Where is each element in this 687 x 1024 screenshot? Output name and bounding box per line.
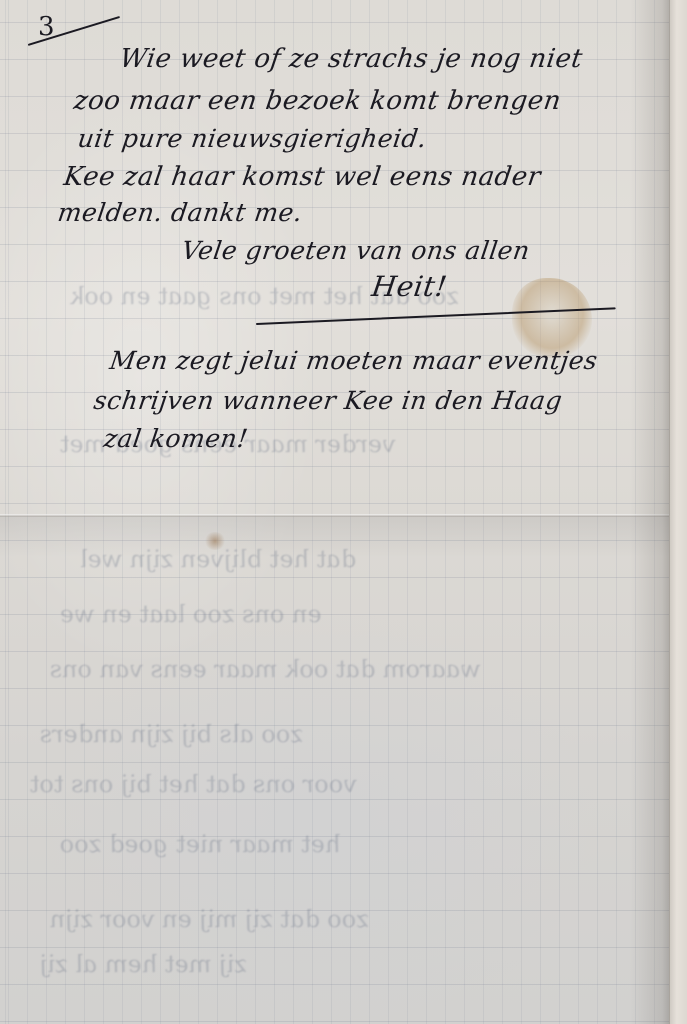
bleed-through-line: waarom dat ook maar eens van ons [48,655,484,683]
letter-line: zoo maar een bezoek komt brengen [72,86,563,116]
letter-line: uit pure nieuwsgierigheid. [76,124,429,153]
bleed-through-line: voor ons dat het bij ons tot [28,770,360,798]
fold-shadow [0,517,670,557]
bleed-through-line: het maar niet goed zoo [58,830,344,858]
signature: Heit! [370,270,450,303]
postscript-line: schrijven wanneer Kee in den Haag [92,386,564,415]
bleed-through-line: zoo als bij zijn anders [38,720,306,748]
closing-greeting: Vele groeten van ons allen [180,236,532,265]
bleed-through-line: en ons zoo laat en we [58,600,325,628]
edge-shadow [630,0,670,1024]
postscript-line: zal komen! [102,424,250,453]
bleed-through-line: zij met hem al zij [38,950,250,978]
letter-line: melden. dankt me. [56,198,304,227]
letter-line: Kee zal haar komst wel eens nader [62,162,543,192]
ruled-grid [0,0,687,1024]
letter-line: Wie weet of ze strachs je nog niet [118,44,585,74]
bleed-through-line: zoo dat zij mij en voor zijn [48,905,372,933]
fold-crease [0,514,670,517]
page-edge [669,0,687,1024]
letter-page: zoo dat het met ons gaat en ook verder m… [0,0,687,1024]
postscript-line: Men zegt jelui moeten maar eventjes [108,346,600,375]
